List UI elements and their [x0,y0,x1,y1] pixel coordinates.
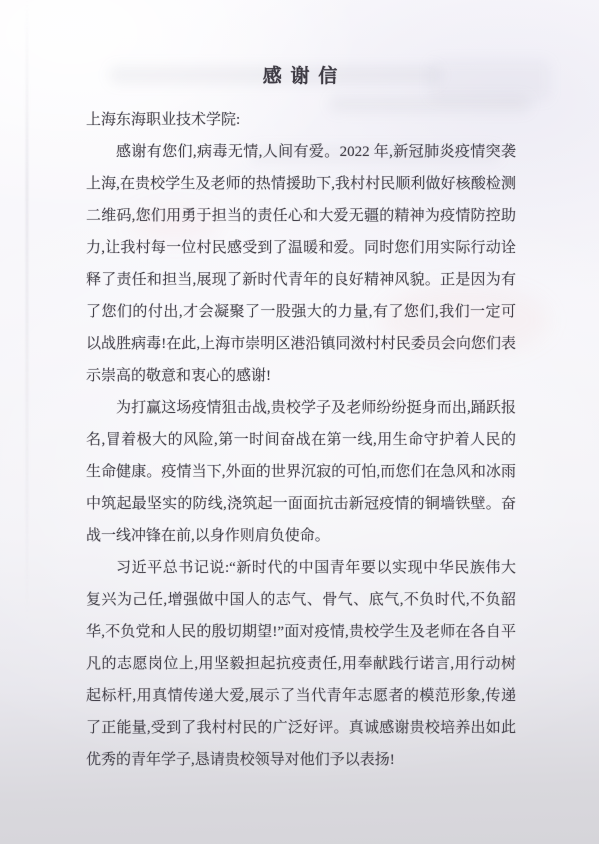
page-edge-shadow [26,0,28,620]
letter-photo: 感 谢 信 上海东海职业技术学院: 感谢有您们,病毒无情,人间有爱。2022 年… [0,0,599,844]
letter-paragraph-3: 习近平总书记说:“新时代的中国青年要以实现中华民族伟大复兴为己任,增强做中国人的… [86,552,516,776]
letter-title: 感 谢 信 [86,62,516,92]
letter-recipient: 上海东海职业技术学院: [86,104,516,136]
thank-you-letter: 感 谢 信 上海东海职业技术学院: 感谢有您们,病毒无情,人间有爱。2022 年… [86,62,516,776]
letter-paragraph-1: 感谢有您们,病毒无情,人间有爱。2022 年,新冠肺炎疫情突袭上海,在贵校学生及… [86,136,516,392]
letter-paragraph-2: 为打赢这场疫情狙击战,贵校学子及老师纷纷挺身而出,踊跃报名,冒着极大的风险,第一… [86,392,516,552]
